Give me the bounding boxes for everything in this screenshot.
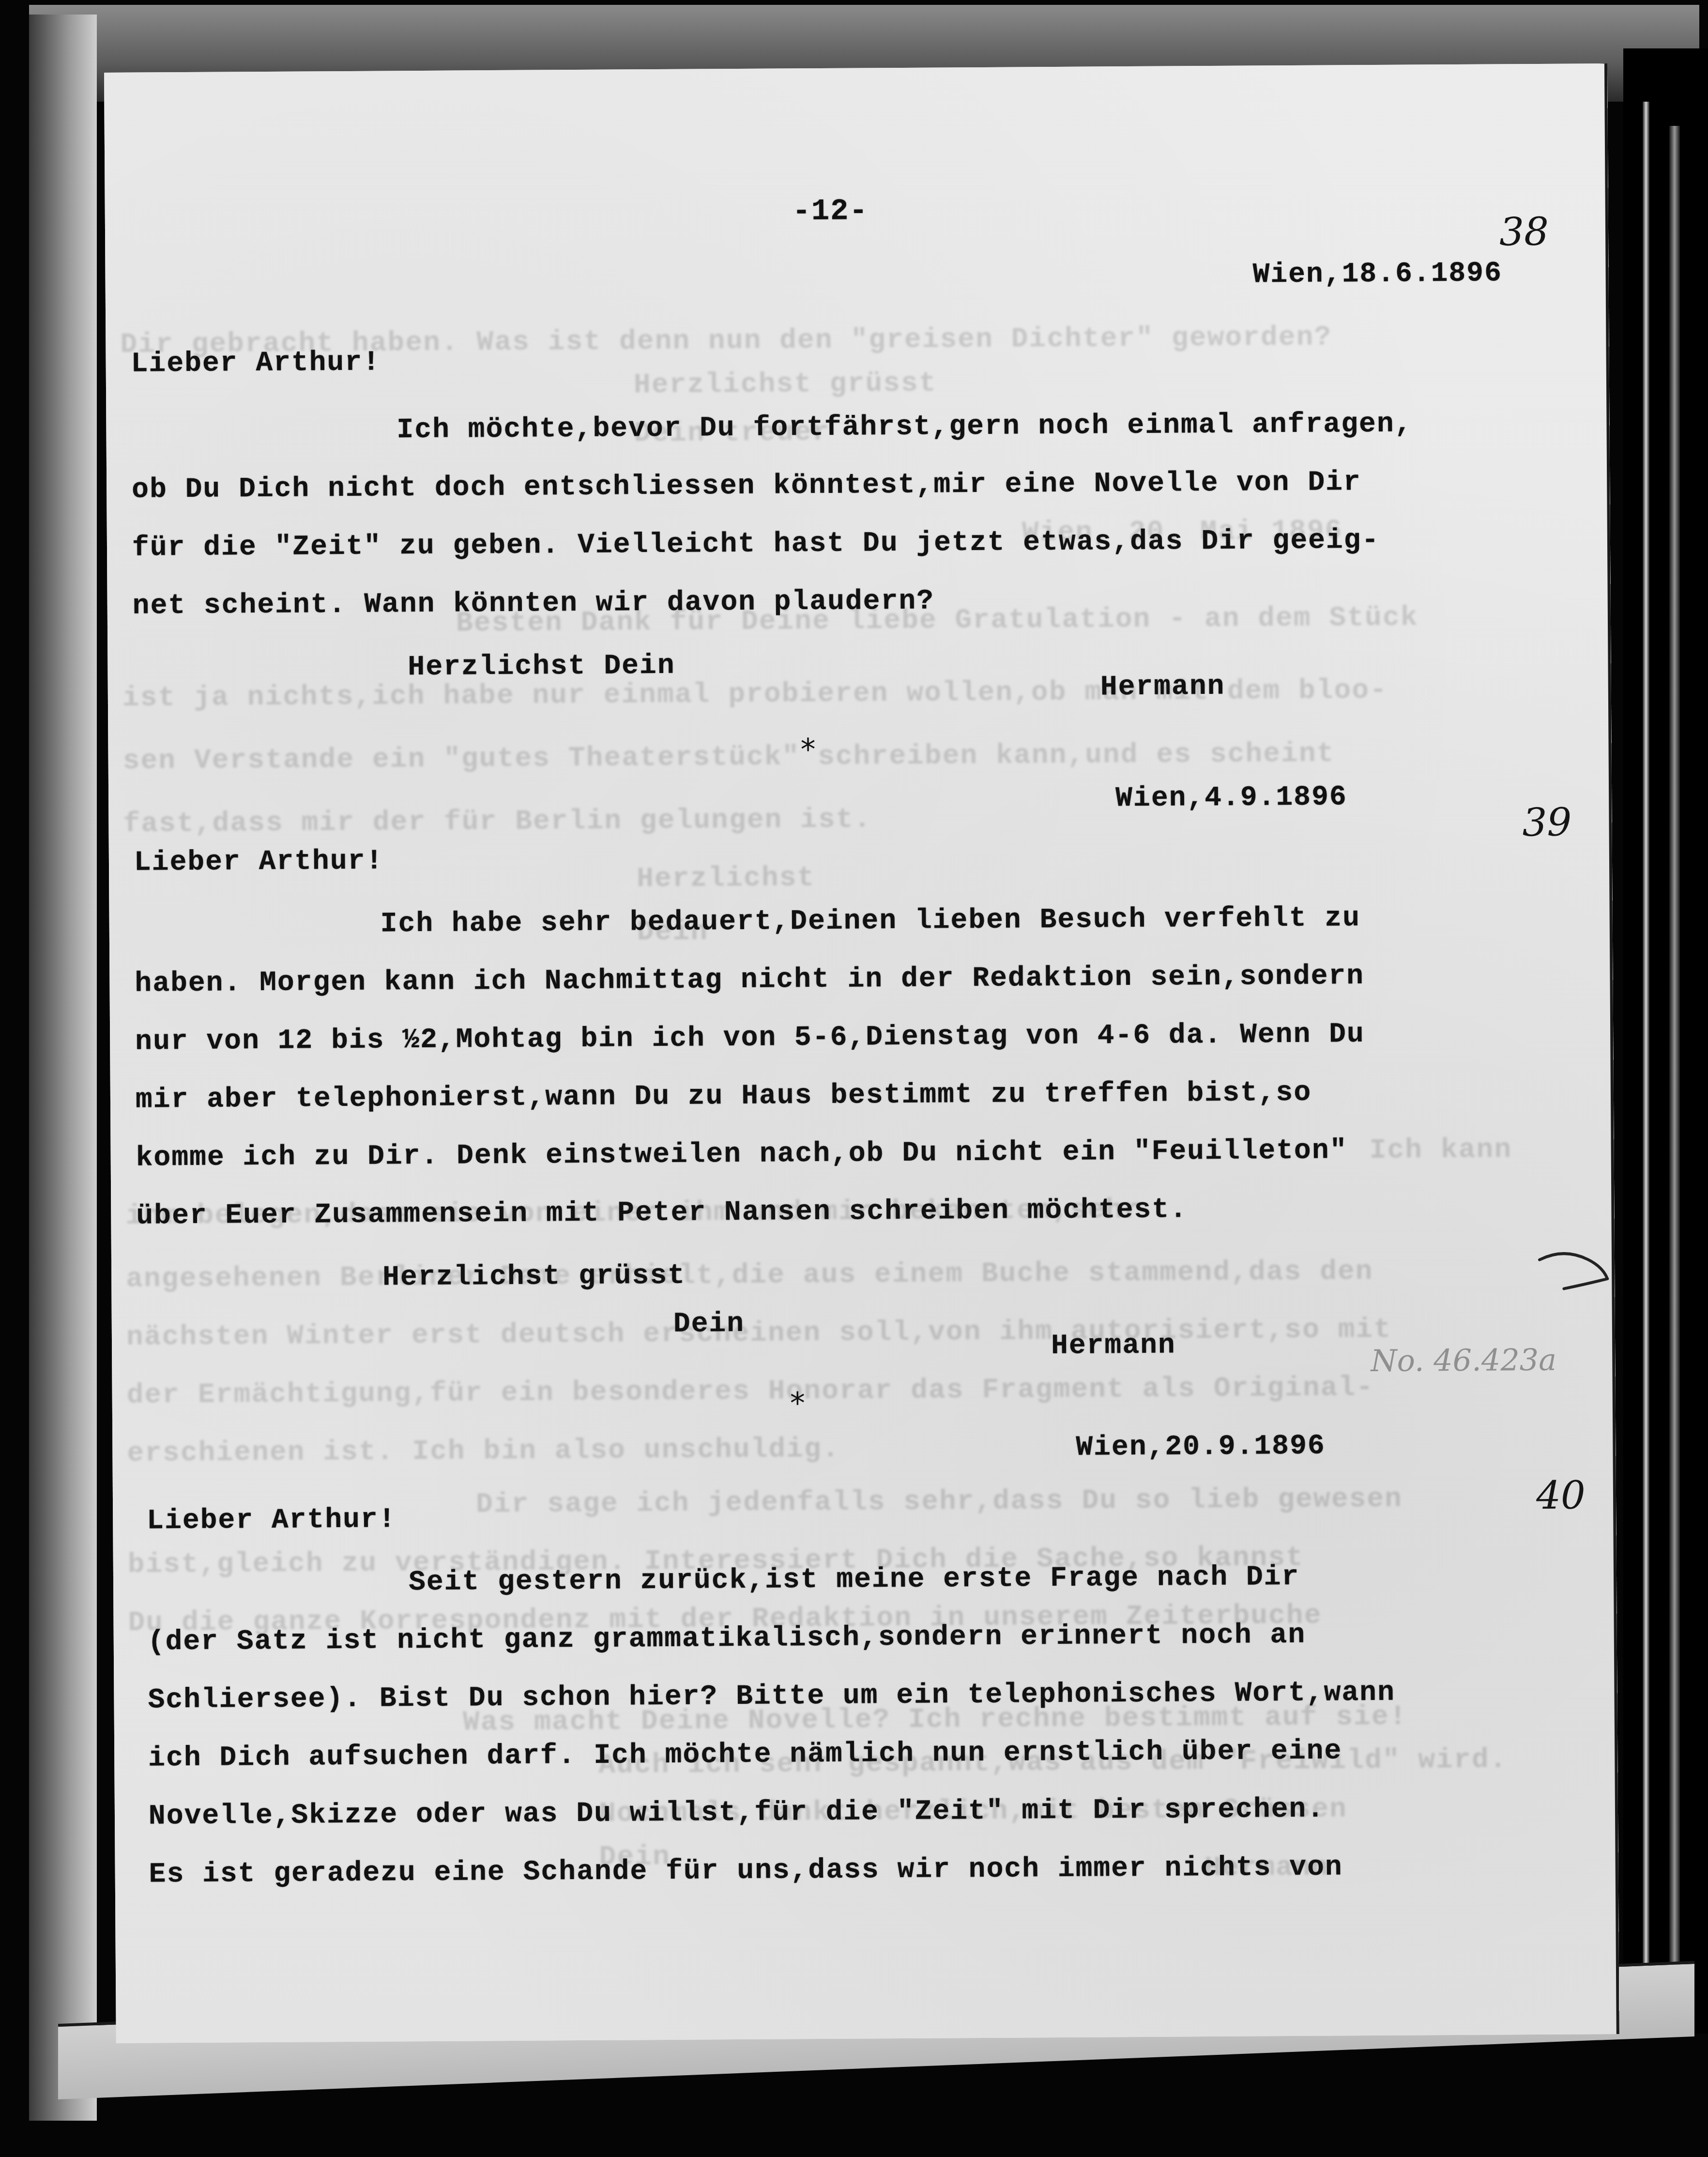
bleed-through-line: Dir sage ich jedenfalls sehr,dass Du so … bbox=[476, 1484, 1403, 1521]
bleed-through-line: Ich kann bbox=[1369, 1134, 1512, 1166]
underlying-page-edge bbox=[29, 15, 97, 2121]
letter-line: Es ist geradezu eine Schande für uns,das… bbox=[149, 1851, 1343, 1890]
binding-strip bbox=[1669, 126, 1680, 2034]
binding-edge bbox=[1623, 48, 1708, 2034]
letter-salutation: Lieber Arthur! bbox=[134, 846, 384, 879]
handwritten-arrow-icon bbox=[1535, 1245, 1613, 1299]
letter-line: Novelle,Skizze oder was Du willst,für di… bbox=[149, 1794, 1325, 1833]
folio-number: 38 bbox=[1499, 209, 1549, 255]
separator-asterisk: * bbox=[790, 1385, 805, 1421]
folio-number: 40 bbox=[1536, 1472, 1586, 1518]
letter-line: Ich möchte,bevor Du fortfährst,gern noch… bbox=[396, 409, 1412, 446]
letter-line: haben. Morgen kann ich Nachmittag nicht … bbox=[135, 961, 1364, 1000]
letter-line: net scheint. Wann könnten wir davon plau… bbox=[133, 586, 935, 622]
letter-line: für die "Zeit" zu geben. Vielleicht hast… bbox=[132, 525, 1380, 564]
bleed-through-line: der Ermächtigung,für ein besonderes Hono… bbox=[126, 1372, 1374, 1411]
letter-line: nur von 12 bis ½2,Mohtag bin ich von 5-6… bbox=[135, 1019, 1365, 1058]
page-number: -12- bbox=[793, 194, 869, 229]
bleed-through-line: fast,dass mir der für Berlin gelungen is… bbox=[123, 804, 871, 840]
letter-closing-dein: Dein bbox=[673, 1308, 745, 1340]
letter-signature: Hermann bbox=[1051, 1330, 1176, 1362]
bleed-through-line: erschienen ist. Ich bin also unschuldig. bbox=[127, 1434, 840, 1469]
bleed-through-line: nächsten Winter erst deutsch erscheinen … bbox=[126, 1314, 1392, 1353]
letter-date: Wien,20.9.1896 bbox=[1076, 1431, 1326, 1464]
binding-strip bbox=[1643, 102, 1649, 2034]
bleed-through-line: angesehenen Berliner Dame erhielt,die au… bbox=[126, 1256, 1373, 1295]
letter-line: über Euer Zusammensein mit Peter Nansen … bbox=[136, 1194, 1188, 1232]
letter-date: Wien,18.6.1896 bbox=[1252, 258, 1502, 291]
archive-reference-note: No. 46.423a bbox=[1371, 1342, 1556, 1378]
letter-closing: Herzlichst Dein bbox=[408, 650, 675, 683]
separator-asterisk: * bbox=[800, 732, 815, 767]
letter-closing: Herzlichst grüsst bbox=[382, 1260, 686, 1294]
letter-signature: Hermann bbox=[1100, 671, 1225, 704]
bleed-through-line: sen Verstande ein "gutes Theaterstück" s… bbox=[122, 738, 1334, 777]
letter-salutation: Lieber Arthur! bbox=[131, 347, 381, 380]
letter-line: Seit gestern zurück,ist meine erste Frag… bbox=[409, 1561, 1300, 1598]
letter-salutation: Lieber Arthur! bbox=[147, 1504, 396, 1537]
letter-line: Ich habe sehr bedauert,Deinen lieben Bes… bbox=[381, 903, 1361, 940]
letter-line: ob Du Dich nicht doch entschliessen könn… bbox=[132, 467, 1361, 506]
letter-line: komme ich zu Dir. Denk einstweilen nach,… bbox=[136, 1135, 1347, 1174]
letter-date: Wien,4.9.1896 bbox=[1115, 781, 1347, 814]
letter-line: (der Satz ist nicht ganz grammatikalisch… bbox=[148, 1620, 1306, 1658]
folio-number: 39 bbox=[1522, 800, 1571, 845]
bleed-through-line: Herzlichst grüsst bbox=[634, 368, 937, 401]
document-page: Dir gebracht haben. Was ist denn nun den… bbox=[104, 63, 1619, 2043]
bleed-through-line: Herzlichst bbox=[637, 862, 815, 895]
letter-line: mir aber telephonierst,wann Du zu Haus b… bbox=[136, 1077, 1312, 1116]
